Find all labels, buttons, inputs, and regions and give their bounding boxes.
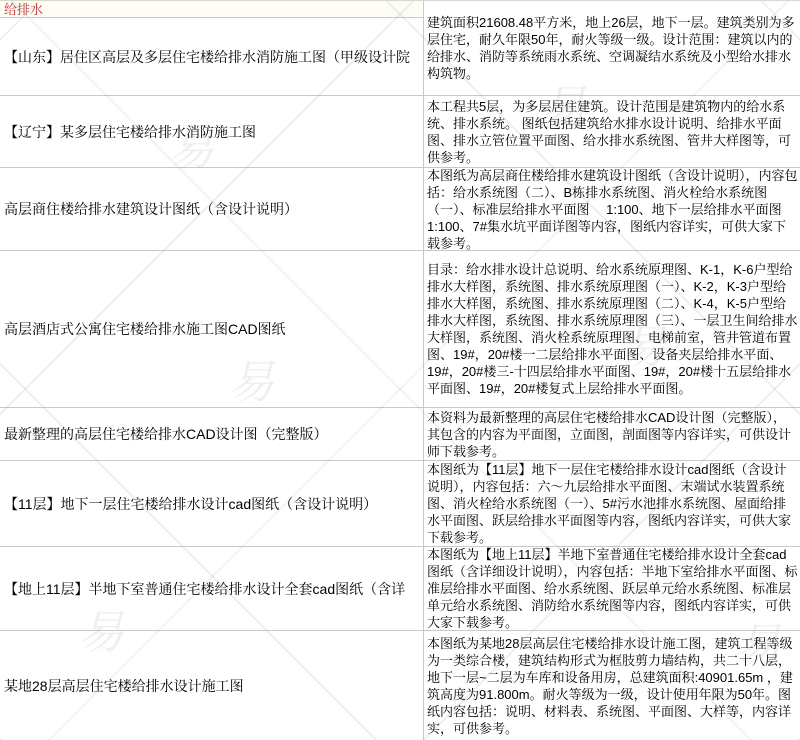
listing-description: 本图纸为高层商住楼给排水建筑设计图纸（含设计说明），内容包括：给水系统图（二）、… [423,168,800,251]
listing-description: 目录：给水排水设计总说明、给水系统原理图、K-1，K-6户型给排水大样图，系统图… [423,251,800,408]
listing-description: 本图纸为【地上11层】半地下室普通住宅楼给排水设计全套cad图纸（含详细设计说明… [423,547,800,631]
listing-title-link[interactable]: 最新整理的高层住宅楼给排水CAD设计图（完整版） [0,408,423,461]
listing-description: 本图纸为某地28层高层住宅楼给排水设计施工图，建筑工程等级为一类综合楼，建筑结构… [423,631,800,740]
listing-title-link[interactable]: 高层酒店式公寓住宅楼给排水施工图CAD图纸 [0,251,423,408]
listing-table: 给排水 【山东】居住区高层及多层住宅楼给排水消防施工图（甲级设计院 【辽宁】某多… [0,0,800,740]
listing-description: 本资料为最新整理的高层住宅楼给排水CAD设计图（完整版），其包含的内容为平面图，… [423,408,800,461]
listing-description: 建筑面积21608.48平方米，地上26层，地下一层。建筑类别为多层住宅，耐久年… [423,1,800,96]
listing-title-link[interactable]: 【11层】地下一层住宅楼给排水设计cad图纸（含设计说明） [0,461,423,547]
listing-title-link[interactable]: 【辽宁】某多层住宅楼给排水消防施工图 [0,96,423,168]
category-header-link[interactable]: 给排水 [0,1,423,18]
listing-title-link[interactable]: 某地28层高层住宅楼给排水设计施工图 [0,631,423,740]
listing-title-link[interactable]: 高层商住楼给排水建筑设计图纸（含设计说明） [0,168,423,251]
listing-description: 本工程共5层，为多层居住建筑。设计范围是建筑物内的给水系统、排水系统。 图纸包括… [423,96,800,168]
listing-description: 本图纸为【11层】地下一层住宅楼给排水设计cad图纸（含设计说明），内容包括：六… [423,461,800,547]
listing-title-link[interactable]: 【地上11层】半地下室普通住宅楼给排水设计全套cad图纸（含详 [0,547,423,631]
listing-title-link[interactable]: 【山东】居住区高层及多层住宅楼给排水消防施工图（甲级设计院 [0,18,423,96]
